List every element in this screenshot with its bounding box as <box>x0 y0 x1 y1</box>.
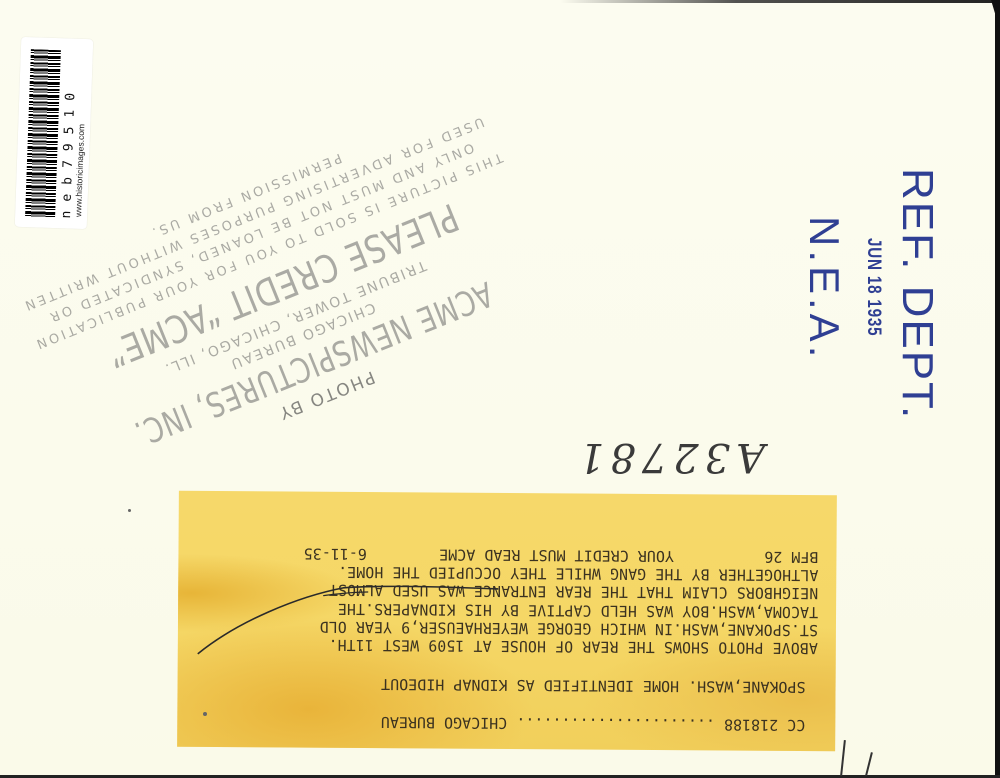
scanner-edge-top <box>560 0 1000 3</box>
scratch-mark <box>865 752 873 776</box>
scratch-mark <box>840 740 846 776</box>
handwritten-archive-number: A32781 <box>565 430 765 480</box>
barcode-icon <box>25 49 61 218</box>
caption-headline: SPOKANE,WASH. HOME IDENTIFIED AS KIDNAP … <box>197 673 817 697</box>
caption-text-block: CC 218188 ...................... CHICAGO… <box>197 544 818 735</box>
caption-header: CC 218188 ...................... CHICAGO… <box>197 711 817 735</box>
barcode-label: neb79510 www.historicimages.com <box>15 37 94 229</box>
photo-back-page: neb79510 www.historicimages.com REF. DEP… <box>0 0 1000 778</box>
scanner-edge-right <box>995 0 1000 778</box>
caption-footer-credit: YOUR CREDIT MUST READ ACME <box>439 546 674 566</box>
dust-speck <box>203 712 207 716</box>
nea-stamp: N.E.A. <box>800 216 848 361</box>
barcode-url: www.historicimages.com <box>73 124 86 217</box>
ref-dept-stamp: REF. DEPT. <box>892 168 942 420</box>
ref-date-stamp: JUN 18 1935 <box>862 238 884 336</box>
caption-footer-date: 6-11-35 <box>304 545 367 563</box>
caption-slip: CC 218188 ...................... CHICAGO… <box>177 491 837 752</box>
caption-footer-code: BFM 26 <box>764 548 818 566</box>
dust-speck <box>128 509 131 512</box>
